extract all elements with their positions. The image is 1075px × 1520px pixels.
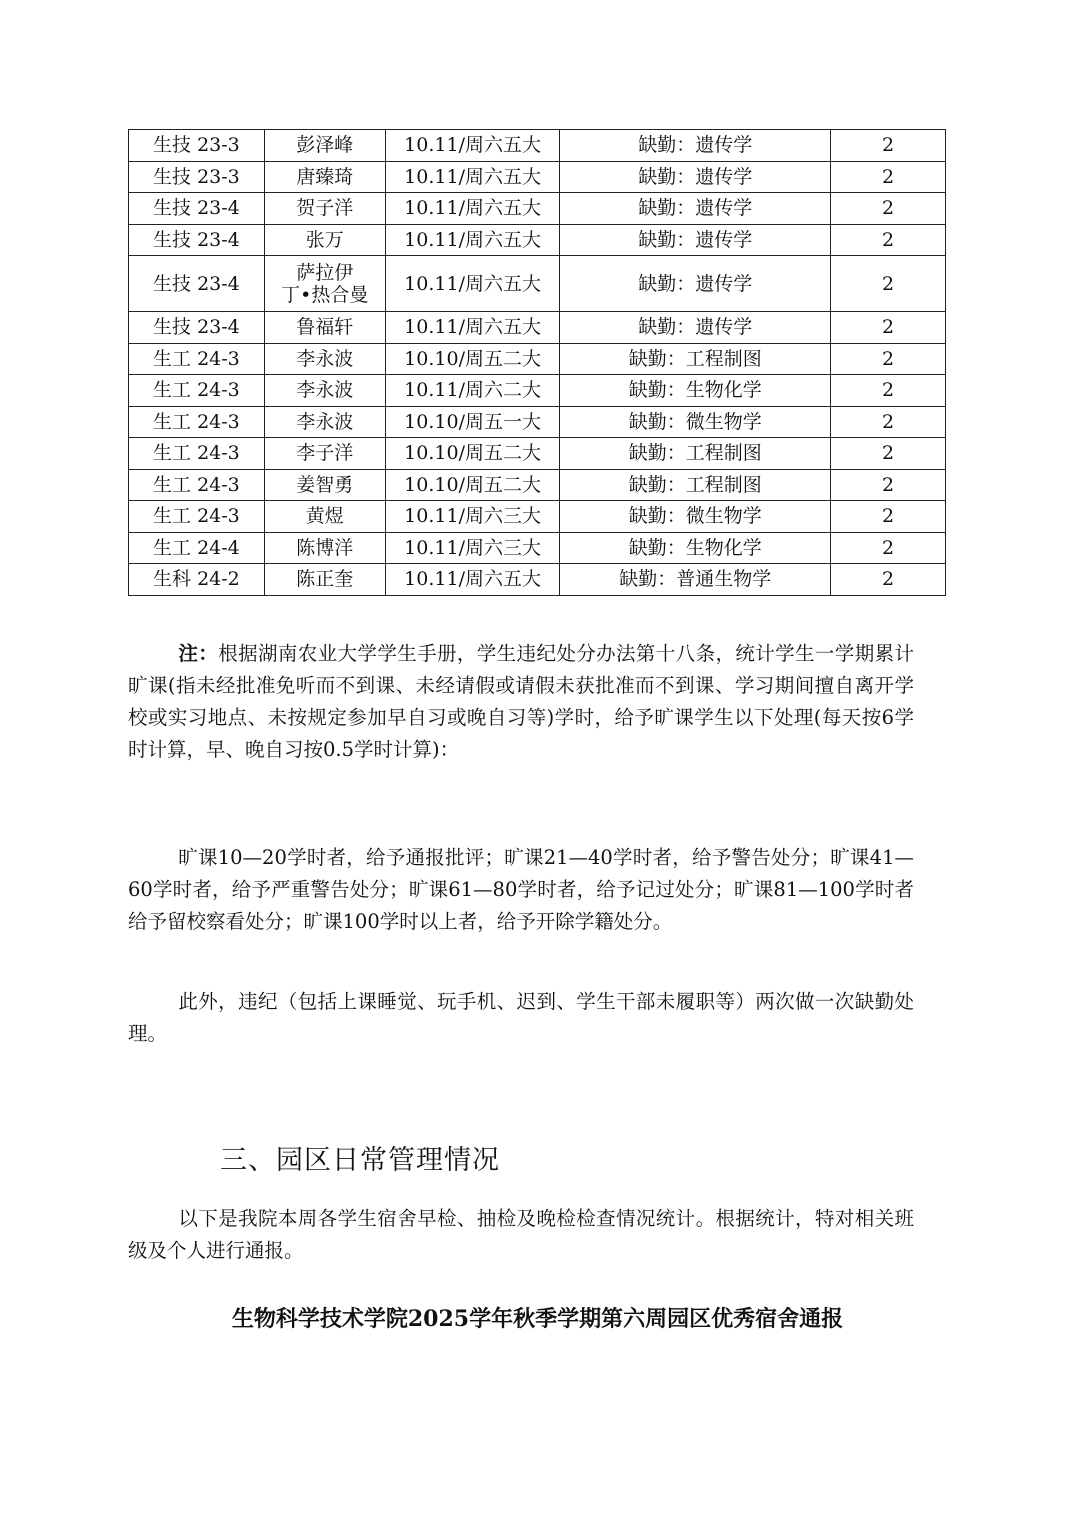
table-row: 生技 23-3 彭泽峰 10.11/周六五大 缺勤：遗传学 2 [129,130,946,162]
hours-cell: 2 [831,406,946,438]
class-cell: 生工 24-3 [129,343,265,375]
hours-cell: 2 [831,130,946,162]
table-row: 生工 24-3 黄煜 10.11/周六三大 缺勤：微生物学 2 [129,501,946,533]
name-cell: 萨拉伊 丁•热合曼 [264,256,385,312]
reason-cell: 缺勤：遗传学 [560,161,831,193]
class-cell: 生技 23-3 [129,130,265,162]
class-cell: 生技 23-4 [129,193,265,225]
class-cell: 生技 23-4 [129,224,265,256]
class-cell: 生科 24-2 [129,564,265,596]
date-cell: 10.11/周六五大 [385,564,560,596]
reason-cell: 缺勤：工程制图 [560,469,831,501]
name-cell: 张万 [264,224,385,256]
hours-cell: 2 [831,256,946,312]
hours-cell: 2 [831,343,946,375]
name-cell: 陈正奎 [264,564,385,596]
section-heading: 三、园区日常管理情况 [220,1138,500,1177]
date-cell: 10.11/周六五大 [385,224,560,256]
reason-cell: 缺勤：微生物学 [560,406,831,438]
hours-cell: 2 [831,375,946,407]
reason-cell: 缺勤：生物化学 [560,532,831,564]
date-cell: 10.11/周六三大 [385,532,560,564]
table-row: 生技 23-4 贺子洋 10.11/周六五大 缺勤：遗传学 2 [129,193,946,225]
name-line-1: 萨拉伊 [265,262,385,284]
date-cell: 10.11/周六五大 [385,312,560,344]
name-cell: 李永波 [264,343,385,375]
reason-cell: 缺勤：微生物学 [560,501,831,533]
reason-cell: 缺勤：遗传学 [560,130,831,162]
date-cell: 10.10/周五一大 [385,406,560,438]
class-cell: 生工 24-3 [129,406,265,438]
reason-cell: 缺勤：遗传学 [560,312,831,344]
extra-paragraph: 此外，违纪（包括上课睡觉、玩手机、迟到、学生干部未履职等）两次做一次缺勤处理。 [128,986,914,1050]
date-cell: 10.10/周五二大 [385,438,560,470]
table-row: 生工 24-4 陈博洋 10.11/周六三大 缺勤：生物化学 2 [129,532,946,564]
class-cell: 生技 23-4 [129,256,265,312]
absence-table: 生技 23-3 彭泽峰 10.11/周六五大 缺勤：遗传学 2 生技 23-3 … [128,129,946,596]
date-cell: 10.11/周六五大 [385,256,560,312]
hours-cell: 2 [831,161,946,193]
document-subtitle: 生物科学技术学院2025学年秋季学期第六周园区优秀宿舍通报 [0,1302,1075,1333]
hours-cell: 2 [831,224,946,256]
table-row: 生技 23-3 唐臻琦 10.11/周六五大 缺勤：遗传学 2 [129,161,946,193]
class-cell: 生工 24-4 [129,532,265,564]
name-cell: 彭泽峰 [264,130,385,162]
name-cell: 陈博洋 [264,532,385,564]
hours-cell: 2 [831,193,946,225]
date-cell: 10.11/周六五大 [385,130,560,162]
reason-cell: 缺勤：遗传学 [560,224,831,256]
name-cell: 姜智勇 [264,469,385,501]
table-row: 生工 24-3 姜智勇 10.10/周五二大 缺勤：工程制图 2 [129,469,946,501]
name-cell: 鲁福轩 [264,312,385,344]
class-cell: 生工 24-3 [129,438,265,470]
table-row: 生工 24-3 李子洋 10.10/周五二大 缺勤：工程制图 2 [129,438,946,470]
class-cell: 生工 24-3 [129,501,265,533]
name-cell: 李子洋 [264,438,385,470]
class-cell: 生技 23-3 [129,161,265,193]
hours-cell: 2 [831,312,946,344]
date-cell: 10.11/周六三大 [385,501,560,533]
reason-cell: 缺勤：遗传学 [560,256,831,312]
name-line-2: 丁•热合曼 [265,284,385,306]
reason-cell: 缺勤：工程制图 [560,343,831,375]
hours-cell: 2 [831,532,946,564]
reason-cell: 缺勤：工程制图 [560,438,831,470]
hours-cell: 2 [831,501,946,533]
date-cell: 10.11/周六二大 [385,375,560,407]
name-cell: 李永波 [264,406,385,438]
class-cell: 生工 24-3 [129,375,265,407]
note-label: 注： [178,642,218,665]
reason-cell: 缺勤：普通生物学 [560,564,831,596]
name-cell: 唐臻琦 [264,161,385,193]
penalty-text: 旷课10—20学时者，给予通报批评；旷课21—40学时者，给予警告处分；旷课41… [128,846,914,933]
date-cell: 10.10/周五二大 [385,343,560,375]
table-row: 生技 23-4 张万 10.11/周六五大 缺勤：遗传学 2 [129,224,946,256]
section-intro-paragraph: 以下是我院本周各学生宿舍早检、抽检及晚检检查情况统计。根据统计，特对相关班级及个… [128,1203,914,1267]
date-cell: 10.11/周六五大 [385,193,560,225]
penalty-paragraph: 旷课10—20学时者，给予通报批评；旷课21—40学时者，给予警告处分；旷课41… [128,842,914,938]
note-text: 根据湖南农业大学学生手册，学生违纪处分办法第十八条，统计学生一学期累计旷课(指未… [128,642,914,761]
reason-cell: 缺勤：生物化学 [560,375,831,407]
class-cell: 生技 23-4 [129,312,265,344]
table-row: 生技 23-4 萨拉伊 丁•热合曼 10.11/周六五大 缺勤：遗传学 2 [129,256,946,312]
table-row: 生工 24-3 李永波 10.10/周五一大 缺勤：微生物学 2 [129,406,946,438]
reason-cell: 缺勤：遗传学 [560,193,831,225]
table-row: 生工 24-3 李永波 10.11/周六二大 缺勤：生物化学 2 [129,375,946,407]
section-intro-text: 以下是我院本周各学生宿舍早检、抽检及晚检检查情况统计。根据统计，特对相关班级及个… [128,1207,914,1262]
name-cell: 李永波 [264,375,385,407]
class-cell: 生工 24-3 [129,469,265,501]
extra-text: 此外，违纪（包括上课睡觉、玩手机、迟到、学生干部未履职等）两次做一次缺勤处理。 [128,990,914,1045]
name-cell: 黄煜 [264,501,385,533]
note-paragraph: 注：根据湖南农业大学学生手册，学生违纪处分办法第十八条，统计学生一学期累计旷课(… [128,638,914,766]
name-cell: 贺子洋 [264,193,385,225]
table-row: 生工 24-3 李永波 10.10/周五二大 缺勤：工程制图 2 [129,343,946,375]
hours-cell: 2 [831,469,946,501]
hours-cell: 2 [831,438,946,470]
hours-cell: 2 [831,564,946,596]
date-cell: 10.10/周五二大 [385,469,560,501]
table-row: 生技 23-4 鲁福轩 10.11/周六五大 缺勤：遗传学 2 [129,312,946,344]
date-cell: 10.11/周六五大 [385,161,560,193]
table-row: 生科 24-2 陈正奎 10.11/周六五大 缺勤：普通生物学 2 [129,564,946,596]
